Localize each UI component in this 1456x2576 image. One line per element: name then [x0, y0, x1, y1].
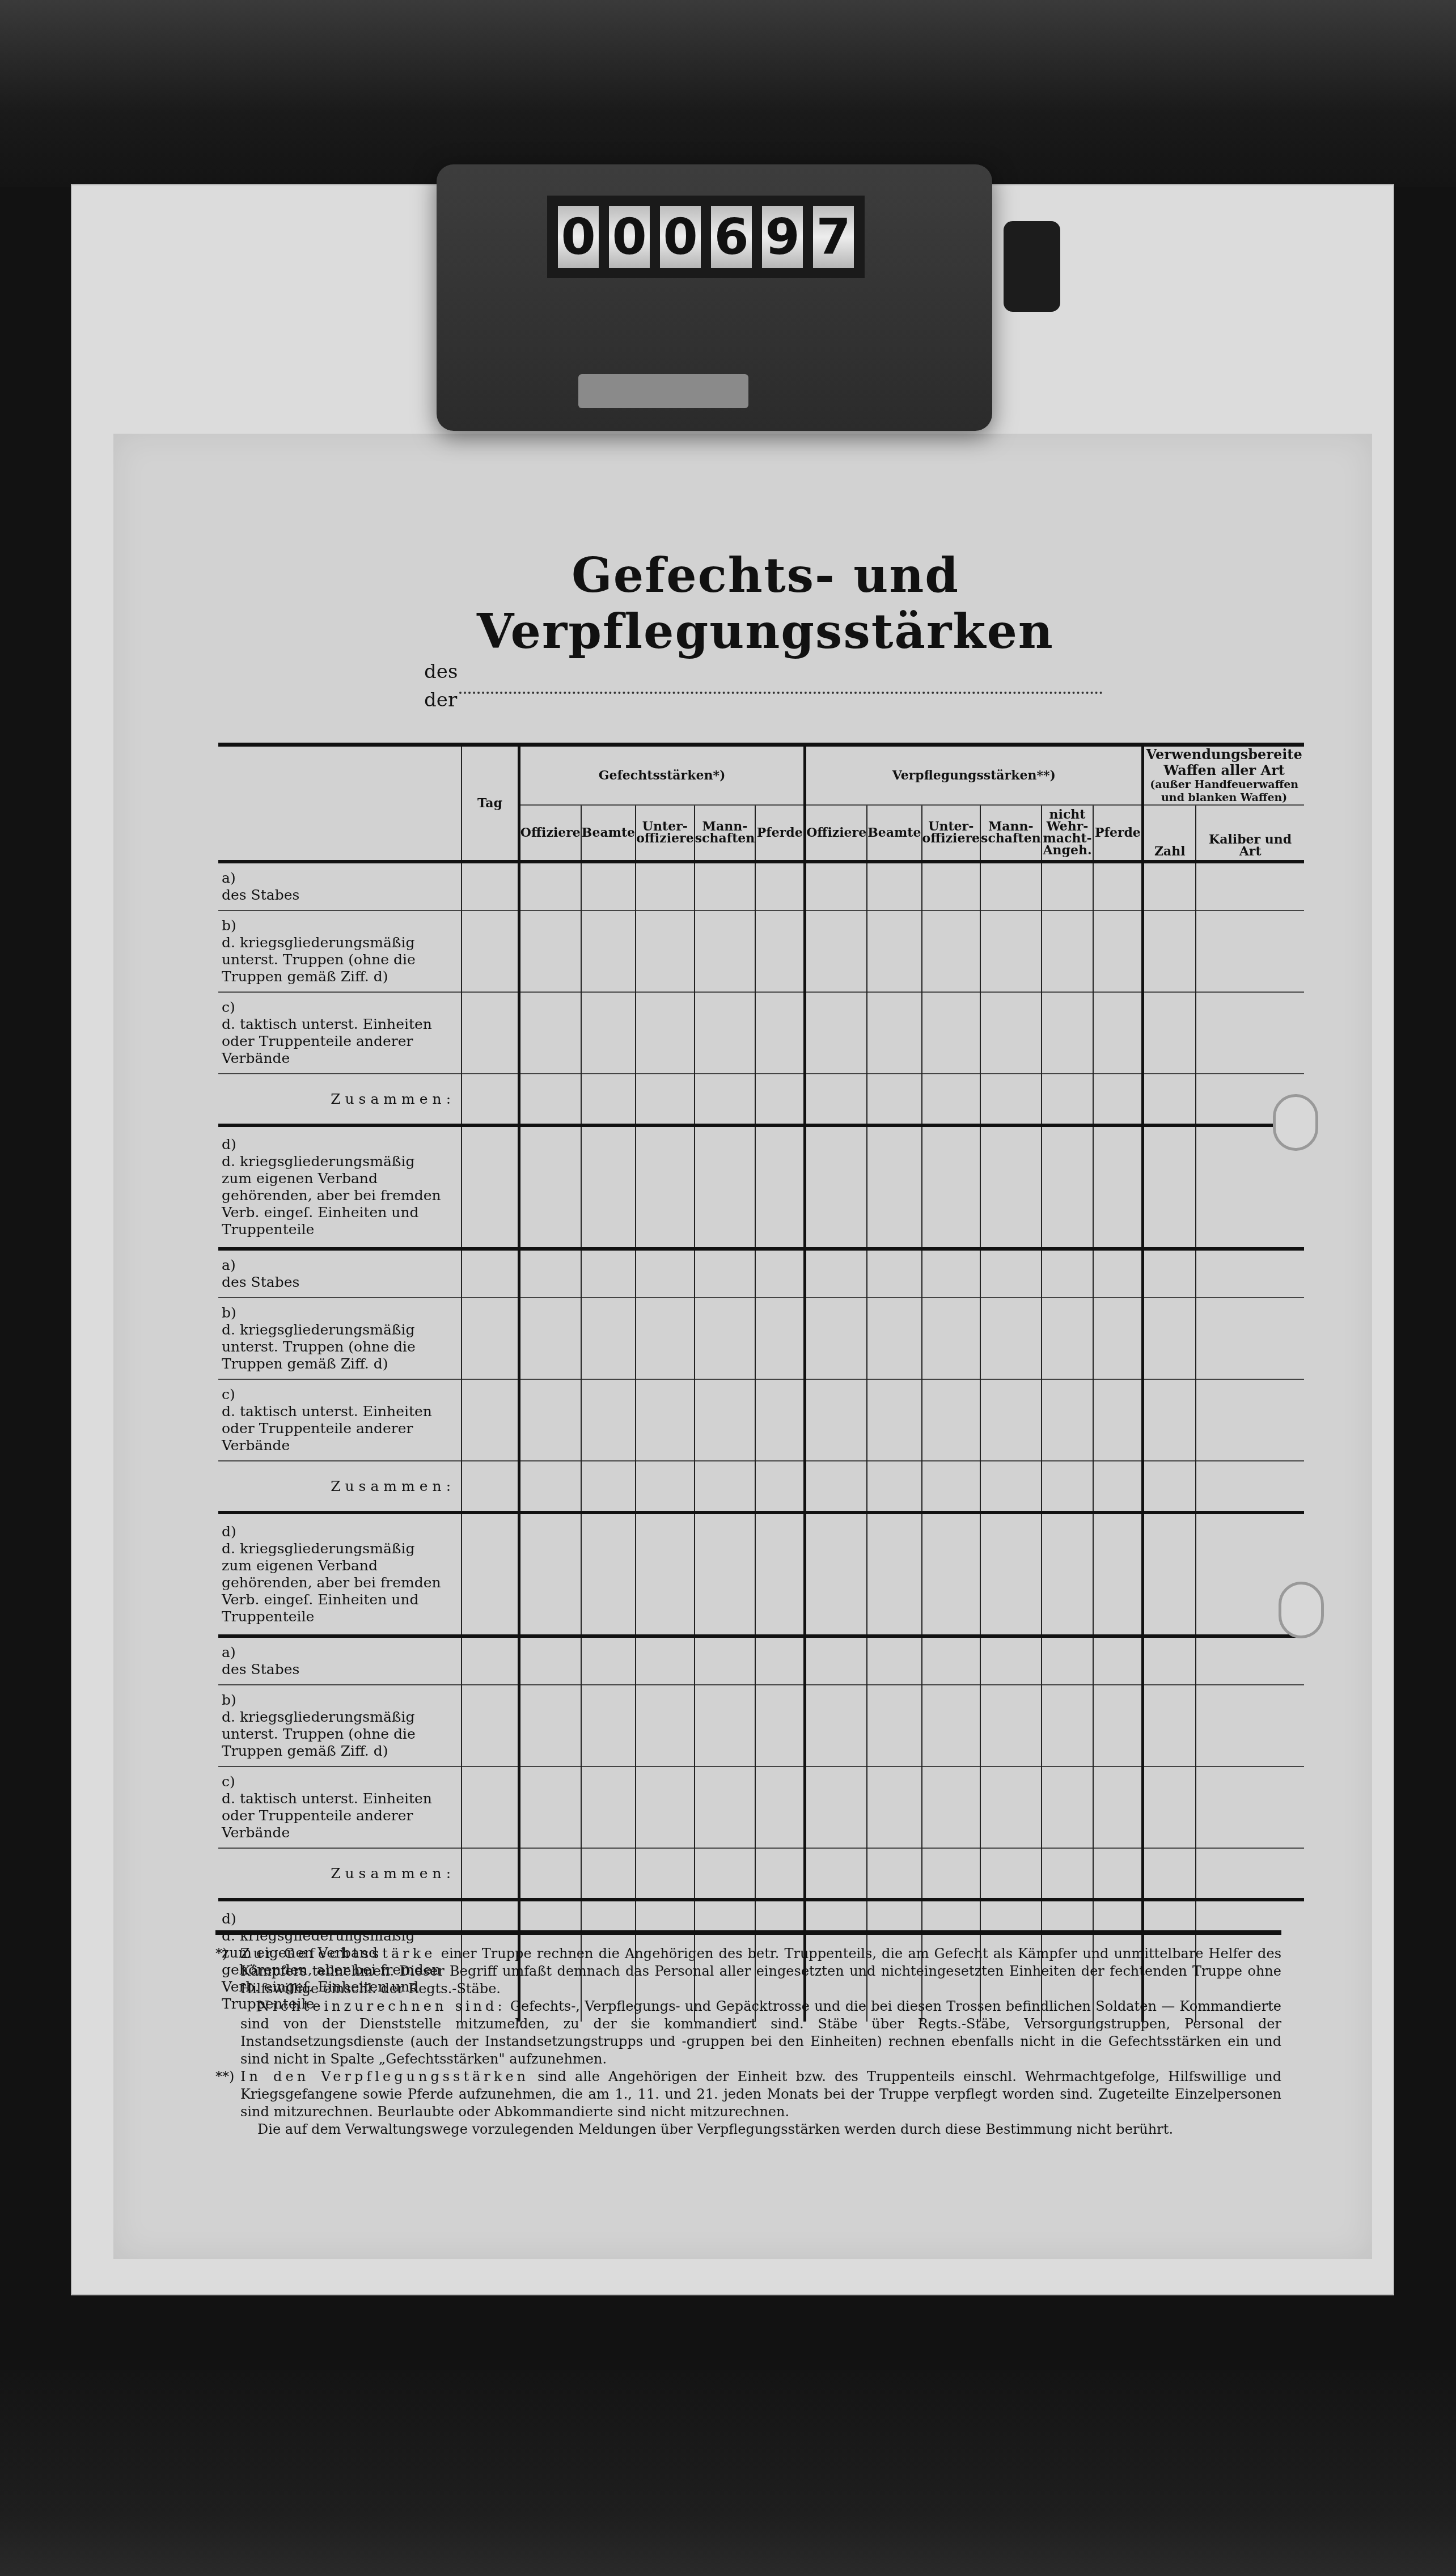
row-label: a)des Stabes — [218, 862, 462, 910]
entry-cell[interactable] — [755, 1636, 805, 1685]
row-label: Zusammen: — [218, 1074, 462, 1125]
footnote-mark: *) — [215, 1945, 227, 1963]
entry-cell[interactable] — [1093, 1461, 1142, 1512]
entry-cell[interactable] — [462, 1074, 519, 1125]
entry-cell[interactable] — [519, 1125, 581, 1249]
table-body: a)des Stabesb)d. kriegsgliederungsmäßig … — [218, 862, 1304, 2022]
row-text: des Stabes — [222, 1274, 448, 1291]
entry-cell[interactable] — [519, 1461, 581, 1512]
entry-cell[interactable] — [581, 1379, 636, 1461]
entry-cell[interactable] — [922, 862, 981, 910]
entry-cell[interactable] — [462, 1379, 519, 1461]
entry-cell[interactable] — [755, 862, 805, 910]
entry-cell[interactable] — [755, 1685, 805, 1766]
row-text: d. kriegsgliederungsmäßig unterst. Trupp… — [222, 1709, 448, 1760]
entry-cell[interactable] — [1196, 1379, 1304, 1461]
entry-cell[interactable] — [867, 992, 921, 1074]
entry-cell[interactable] — [755, 1074, 805, 1125]
counter-reset-knob[interactable] — [1004, 221, 1060, 312]
entry-cell[interactable] — [805, 1848, 867, 1900]
row-prefix: a) — [222, 1257, 244, 1274]
entry-cell[interactable] — [1042, 1379, 1094, 1461]
entry-cell[interactable] — [519, 862, 581, 910]
row-prefix: d) — [222, 1523, 244, 1540]
entry-cell[interactable] — [755, 1125, 805, 1249]
entry-cell[interactable] — [1143, 910, 1196, 992]
entry-cell[interactable] — [755, 1512, 805, 1636]
footnote-mark: **) — [215, 2068, 234, 2086]
entry-cell[interactable] — [980, 1461, 1042, 1512]
entry-cell[interactable] — [922, 1636, 981, 1685]
row-prefix: a) — [222, 1644, 244, 1661]
entry-cell[interactable] — [695, 910, 756, 992]
entry-cell[interactable] — [755, 910, 805, 992]
entry-cell[interactable] — [922, 992, 981, 1074]
entry-cell[interactable] — [636, 1461, 695, 1512]
entry-cell[interactable] — [922, 1298, 981, 1379]
entry-cell[interactable] — [1042, 1512, 1094, 1636]
entry-cell[interactable] — [462, 1298, 519, 1379]
counter-display: 0 0 0 6 9 7 — [547, 196, 865, 278]
entry-cell[interactable] — [805, 1379, 867, 1461]
entry-cell[interactable] — [581, 1766, 636, 1848]
table-row: a)des Stabes — [218, 1249, 1304, 1298]
row-label: b)d. kriegsgliederungsmäßig unterst. Tru… — [218, 1298, 462, 1379]
strength-table: Tag Gefechtsstärken*) Verpflegungsstärke… — [218, 743, 1304, 2022]
table-row: c)d. taktisch unterst. Einheiten oder Tr… — [218, 1379, 1304, 1461]
entry-cell[interactable] — [519, 1249, 581, 1298]
entry-cell[interactable] — [1093, 1512, 1142, 1636]
entry-cell[interactable] — [581, 1298, 636, 1379]
entry-cell[interactable] — [980, 1298, 1042, 1379]
entry-cell[interactable] — [581, 862, 636, 910]
entry-cell[interactable] — [462, 1636, 519, 1685]
entry-cell[interactable] — [1042, 1298, 1094, 1379]
entry-cell[interactable] — [867, 862, 921, 910]
entry-cell[interactable] — [695, 1512, 756, 1636]
entry-cell[interactable] — [519, 1074, 581, 1125]
entry-cell[interactable] — [755, 992, 805, 1074]
entry-cell[interactable] — [1093, 1298, 1142, 1379]
entry-cell[interactable] — [1093, 910, 1142, 992]
entry-cell[interactable] — [462, 910, 519, 992]
entry-cell[interactable] — [1093, 862, 1142, 910]
entry-cell[interactable] — [462, 1461, 519, 1512]
col-v-beamte: Beamte — [867, 805, 921, 862]
entry-cell[interactable] — [636, 992, 695, 1074]
table-row: Zusammen: — [218, 1461, 1304, 1512]
col-v-pferde: Pferde — [1093, 805, 1142, 862]
entry-cell[interactable] — [636, 1766, 695, 1848]
entry-cell[interactable] — [755, 1379, 805, 1461]
counter-digit: 0 — [609, 206, 650, 268]
entry-cell[interactable] — [805, 992, 867, 1074]
footnote-lead: Zur Gefechtsstärke — [240, 1946, 436, 1961]
entry-cell[interactable] — [1143, 1685, 1196, 1766]
entry-cell[interactable] — [805, 1636, 867, 1685]
entry-cell[interactable] — [1143, 1461, 1196, 1512]
entry-cell[interactable] — [695, 1636, 756, 1685]
entry-cell[interactable] — [1042, 910, 1094, 992]
entry-cell[interactable] — [695, 862, 756, 910]
entry-cell[interactable] — [1143, 992, 1196, 1074]
waffen-header: Verwendungsbereite Waffen aller Art (auß… — [1143, 745, 1304, 806]
row-prefix: b) — [222, 1304, 244, 1321]
entry-cell[interactable] — [1093, 1379, 1142, 1461]
binder-ring-2 — [1279, 1582, 1324, 1638]
entry-cell[interactable] — [980, 1379, 1042, 1461]
form-sheet: Gefechts- und Verpflegungsstärken des de… — [113, 434, 1372, 2259]
entry-cell[interactable] — [1143, 1249, 1196, 1298]
row-label: b)d. kriegsgliederungsmäßig unterst. Tru… — [218, 1685, 462, 1766]
entry-cell[interactable] — [519, 1298, 581, 1379]
entry-cell[interactable] — [1143, 1766, 1196, 1848]
entry-cell[interactable] — [1093, 1074, 1142, 1125]
entry-cell[interactable] — [1143, 1848, 1196, 1900]
row-label: b)d. kriegsgliederungsmäßig unterst. Tru… — [218, 910, 462, 992]
entry-cell[interactable] — [636, 1685, 695, 1766]
entry-cell[interactable] — [695, 1848, 756, 1900]
entry-cell[interactable] — [581, 1512, 636, 1636]
entry-cell[interactable] — [1196, 1766, 1304, 1848]
entry-cell[interactable] — [980, 1125, 1042, 1249]
entry-cell[interactable] — [462, 1125, 519, 1249]
entry-cell[interactable] — [636, 1379, 695, 1461]
col-g-unteroffiziere: Unter-offiziere — [636, 805, 695, 862]
entry-cell[interactable] — [1196, 910, 1304, 992]
col-w-kaliber: Kaliber und Art — [1196, 805, 1304, 862]
row-label: Zusammen: — [218, 1848, 462, 1900]
entry-cell[interactable] — [1093, 1249, 1142, 1298]
entry-cell[interactable] — [922, 1125, 981, 1249]
table-row: a)des Stabes — [218, 862, 1304, 910]
col-v-mannschaften: Mann-schaften — [980, 805, 1042, 862]
entry-cell[interactable] — [922, 1685, 981, 1766]
entry-cell[interactable] — [462, 1512, 519, 1636]
entry-cell[interactable] — [980, 1249, 1042, 1298]
table-row: c)d. taktisch unterst. Einheiten oder Tr… — [218, 992, 1304, 1074]
entry-cell[interactable] — [922, 1379, 981, 1461]
entry-cell[interactable] — [1196, 1685, 1304, 1766]
col-v-offiziere: Offiziere — [805, 805, 867, 862]
counter-nameplate — [578, 374, 748, 408]
row-text: des Stabes — [222, 887, 448, 904]
entry-cell[interactable] — [1042, 1848, 1094, 1900]
row-prefix: c) — [222, 999, 244, 1016]
entry-cell[interactable] — [1143, 1074, 1196, 1125]
entry-cell[interactable] — [805, 1461, 867, 1512]
entry-cell[interactable] — [636, 1636, 695, 1685]
entry-cell[interactable] — [805, 1249, 867, 1298]
entry-cell[interactable] — [519, 1685, 581, 1766]
entry-cell[interactable] — [636, 1125, 695, 1249]
entry-cell[interactable] — [462, 862, 519, 910]
row-prefix: a) — [222, 870, 244, 887]
row-label: c)d. taktisch unterst. Einheiten oder Tr… — [218, 992, 462, 1074]
entry-cell[interactable] — [462, 1685, 519, 1766]
row-label: a)des Stabes — [218, 1636, 462, 1685]
entry-cell[interactable] — [1143, 1125, 1196, 1249]
footnote-lead: In den Verpflegungsstärken — [240, 2069, 529, 2084]
entry-cell[interactable] — [1196, 862, 1304, 910]
row-prefix: b) — [222, 1692, 244, 1709]
entry-cell[interactable] — [581, 1074, 636, 1125]
table-row: b)d. kriegsgliederungsmäßig unterst. Tru… — [218, 910, 1304, 992]
entry-cell[interactable] — [1093, 1125, 1142, 1249]
counter-digit: 7 — [813, 206, 854, 268]
entry-cell[interactable] — [519, 992, 581, 1074]
entry-cell[interactable] — [519, 1848, 581, 1900]
entry-cell[interactable] — [867, 1512, 921, 1636]
entry-cell[interactable] — [755, 1249, 805, 1298]
entry-cell[interactable] — [581, 1848, 636, 1900]
entry-cell[interactable] — [755, 1766, 805, 1848]
unit-name-field[interactable] — [459, 692, 1103, 694]
row-label: Zusammen: — [218, 1461, 462, 1512]
entry-cell[interactable] — [636, 1074, 695, 1125]
entry-cell[interactable] — [867, 1379, 921, 1461]
entry-cell[interactable] — [922, 1249, 981, 1298]
footnote-nichteinzurechnen: Nichteinzurechnen sind: Gefechts-, Verpf… — [215, 1998, 1281, 2068]
entry-cell[interactable] — [519, 1379, 581, 1461]
entry-cell[interactable] — [922, 1461, 981, 1512]
entry-cell[interactable] — [1042, 1074, 1094, 1125]
waffen-title: Verwendungsbereite Waffen aller Art — [1144, 747, 1304, 778]
footnote-text: Die auf dem Verwaltungswege vorzulegende… — [257, 2121, 1173, 2137]
entry-cell[interactable] — [805, 1125, 867, 1249]
des-label: des — [424, 658, 458, 686]
counter-digit: 0 — [660, 206, 701, 268]
entry-cell[interactable] — [805, 1298, 867, 1379]
entry-cell[interactable] — [1196, 1249, 1304, 1298]
gefechtsstaerken-header: Gefechtsstärken*) — [519, 745, 805, 806]
entry-cell[interactable] — [695, 1298, 756, 1379]
entry-cell[interactable] — [805, 910, 867, 992]
entry-cell[interactable] — [867, 910, 921, 992]
entry-cell[interactable] — [980, 992, 1042, 1074]
entry-cell[interactable] — [1093, 1636, 1142, 1685]
row-label: d)d. kriegsgliederungsmäßig zum eigenen … — [218, 1512, 462, 1636]
entry-cell[interactable] — [980, 1512, 1042, 1636]
entry-cell[interactable] — [519, 910, 581, 992]
entry-cell[interactable] — [1143, 862, 1196, 910]
entry-cell[interactable] — [1042, 862, 1094, 910]
row-text: d. taktisch unterst. Einheiten oder Trup… — [222, 1790, 448, 1841]
entry-cell[interactable] — [462, 1766, 519, 1848]
entry-cell[interactable] — [867, 1636, 921, 1685]
entry-cell[interactable] — [1042, 1125, 1094, 1249]
entry-cell[interactable] — [581, 1249, 636, 1298]
entry-cell[interactable] — [1042, 992, 1094, 1074]
row-text: Zusammen: — [331, 1865, 455, 1882]
counter-digit: 6 — [711, 206, 752, 268]
entry-cell[interactable] — [980, 910, 1042, 992]
entry-cell[interactable] — [636, 1848, 695, 1900]
table-row: a)des Stabes — [218, 1636, 1304, 1685]
entry-cell[interactable] — [462, 1249, 519, 1298]
table-row: c)d. taktisch unterst. Einheiten oder Tr… — [218, 1766, 1304, 1848]
table-row: Zusammen: — [218, 1074, 1304, 1125]
entry-cell[interactable] — [1196, 1636, 1304, 1685]
entry-cell[interactable] — [922, 1074, 981, 1125]
entry-cell[interactable] — [1042, 1461, 1094, 1512]
entry-cell[interactable] — [1196, 1461, 1304, 1512]
entry-cell[interactable] — [805, 1074, 867, 1125]
table-row: d)d. kriegsgliederungsmäßig zum eigenen … — [218, 1125, 1304, 1249]
form-title: Gefechts- und Verpflegungsstärken — [425, 547, 1106, 659]
entry-cell[interactable] — [755, 1298, 805, 1379]
entry-cell[interactable] — [1143, 1636, 1196, 1685]
label-column-header — [218, 745, 462, 862]
entry-cell[interactable] — [1093, 1685, 1142, 1766]
entry-cell[interactable] — [1196, 1298, 1304, 1379]
entry-cell[interactable] — [636, 1298, 695, 1379]
entry-cell[interactable] — [980, 862, 1042, 910]
row-text: d. kriegsgliederungsmäßig unterst. Trupp… — [222, 1321, 448, 1372]
entry-cell[interactable] — [519, 1636, 581, 1685]
row-text: d. taktisch unterst. Einheiten oder Trup… — [222, 1403, 448, 1454]
entry-cell[interactable] — [867, 1766, 921, 1848]
row-text: d. kriegsgliederungsmäßig zum eigenen Ve… — [222, 1153, 448, 1238]
entry-cell[interactable] — [867, 1298, 921, 1379]
entry-cell[interactable] — [805, 862, 867, 910]
counter-digit: 0 — [558, 206, 599, 268]
entry-cell[interactable] — [462, 1848, 519, 1900]
entry-cell[interactable] — [922, 1848, 981, 1900]
col-v-nicht-wehrmacht: nicht Wehr-macht-Angeh. — [1042, 805, 1094, 862]
entry-cell[interactable] — [695, 1125, 756, 1249]
footnote-gefechtsstaerke: *) Zur Gefechtsstärke einer Truppe rechn… — [215, 1945, 1281, 1998]
row-label: a)des Stabes — [218, 1249, 462, 1298]
entry-cell[interactable] — [1093, 1766, 1142, 1848]
entry-cell[interactable] — [695, 1379, 756, 1461]
footnotes: *) Zur Gefechtsstärke einer Truppe rechn… — [215, 1930, 1281, 2138]
footnote-verpflegungsstaerke: **) In den Verpflegungsstärken sind alle… — [215, 2068, 1281, 2121]
entry-cell[interactable] — [1196, 992, 1304, 1074]
footnote-lead: Nichteinzurechnen sind: — [257, 1998, 506, 2014]
entry-cell[interactable] — [1143, 1379, 1196, 1461]
entry-cell[interactable] — [1143, 1512, 1196, 1636]
row-text: Zusammen: — [331, 1478, 455, 1494]
entry-cell[interactable] — [980, 1848, 1042, 1900]
footnote-verwaltungsweg: Die auf dem Verwaltungswege vorzulegende… — [215, 2121, 1281, 2138]
entry-cell[interactable] — [867, 1074, 921, 1125]
col-g-mannschaften: Mann-schaften — [695, 805, 756, 862]
entry-cell[interactable] — [1143, 1298, 1196, 1379]
table-row: Zusammen: — [218, 1848, 1304, 1900]
entry-cell[interactable] — [1042, 1249, 1094, 1298]
entry-cell[interactable] — [922, 1512, 981, 1636]
table-row: b)d. kriegsgliederungsmäßig unterst. Tru… — [218, 1298, 1304, 1379]
entry-cell[interactable] — [1196, 1848, 1304, 1900]
waffen-note: (außer Handfeuerwaffen und blanken Waffe… — [1144, 778, 1304, 804]
entry-cell[interactable] — [462, 992, 519, 1074]
col-g-offiziere: Offiziere — [519, 805, 581, 862]
entry-cell[interactable] — [636, 862, 695, 910]
entry-cell[interactable] — [519, 1766, 581, 1848]
col-v-unteroffiziere: Unter-offiziere — [922, 805, 981, 862]
entry-cell[interactable] — [755, 1848, 805, 1900]
entry-cell[interactable] — [695, 1249, 756, 1298]
entry-cell[interactable] — [1042, 1685, 1094, 1766]
col-g-beamte: Beamte — [581, 805, 636, 862]
entry-cell[interactable] — [1042, 1636, 1094, 1685]
entry-cell[interactable] — [581, 992, 636, 1074]
row-label: c)d. taktisch unterst. Einheiten oder Tr… — [218, 1379, 462, 1461]
entry-cell[interactable] — [980, 1074, 1042, 1125]
table-row: b)d. kriegsgliederungsmäßig unterst. Tru… — [218, 1685, 1304, 1766]
entry-cell[interactable] — [1042, 1766, 1094, 1848]
entry-cell[interactable] — [581, 910, 636, 992]
film-border-top — [0, 0, 1456, 187]
entry-cell[interactable] — [805, 1512, 867, 1636]
entry-cell[interactable] — [755, 1461, 805, 1512]
table-row: d)d. kriegsgliederungsmäßig zum eigenen … — [218, 1512, 1304, 1636]
row-prefix: b) — [222, 917, 244, 934]
entry-cell[interactable] — [636, 910, 695, 992]
entry-cell[interactable] — [867, 1461, 921, 1512]
entry-cell[interactable] — [922, 910, 981, 992]
entry-cell[interactable] — [867, 1848, 921, 1900]
entry-cell[interactable] — [695, 1766, 756, 1848]
entry-cell[interactable] — [695, 1685, 756, 1766]
row-prefix: c) — [222, 1386, 244, 1403]
col-g-pferde: Pferde — [755, 805, 805, 862]
entry-cell[interactable] — [805, 1766, 867, 1848]
tally-counter: 0 0 0 6 9 7 — [437, 164, 992, 437]
row-label: d)d. kriegsgliederungsmäßig zum eigenen … — [218, 1125, 462, 1249]
col-w-zahl: Zahl — [1143, 805, 1196, 862]
row-label: c)d. taktisch unterst. Einheiten oder Tr… — [218, 1766, 462, 1848]
tag-header: Tag — [462, 745, 519, 862]
des-der-labels: des der — [424, 658, 458, 714]
counter-digit: 9 — [762, 206, 803, 268]
row-text: d. taktisch unterst. Einheiten oder Trup… — [222, 1016, 448, 1067]
row-prefix: d) — [222, 1136, 244, 1153]
verpflegungsstaerken-header: Verpflegungsstärken**) — [805, 745, 1143, 806]
entry-cell[interactable] — [581, 1636, 636, 1685]
entry-cell[interactable] — [867, 1125, 921, 1249]
binder-ring-1 — [1273, 1094, 1318, 1151]
row-text: Zusammen: — [331, 1091, 455, 1107]
entry-cell[interactable] — [980, 1685, 1042, 1766]
film-border-bottom — [0, 2370, 1456, 2576]
entry-cell[interactable] — [922, 1766, 981, 1848]
entry-cell[interactable] — [581, 1125, 636, 1249]
row-text: des Stabes — [222, 1661, 448, 1678]
entry-cell[interactable] — [867, 1685, 921, 1766]
entry-cell[interactable] — [867, 1249, 921, 1298]
entry-cell[interactable] — [581, 1461, 636, 1512]
entry-cell[interactable] — [519, 1512, 581, 1636]
entry-cell[interactable] — [695, 1461, 756, 1512]
row-text: d. kriegsgliederungsmäßig unterst. Trupp… — [222, 934, 448, 985]
der-label: der — [424, 686, 458, 714]
entry-cell[interactable] — [636, 1512, 695, 1636]
entry-cell[interactable] — [1093, 1848, 1142, 1900]
entry-cell[interactable] — [980, 1636, 1042, 1685]
row-prefix: d) — [222, 1910, 244, 1927]
entry-cell[interactable] — [581, 1685, 636, 1766]
entry-cell[interactable] — [805, 1685, 867, 1766]
entry-cell[interactable] — [695, 1074, 756, 1125]
entry-cell[interactable] — [1093, 992, 1142, 1074]
entry-cell[interactable] — [695, 992, 756, 1074]
entry-cell[interactable] — [980, 1766, 1042, 1848]
row-text: d. kriegsgliederungsmäßig zum eigenen Ve… — [222, 1540, 448, 1625]
row-prefix: c) — [222, 1773, 244, 1790]
entry-cell[interactable] — [636, 1249, 695, 1298]
